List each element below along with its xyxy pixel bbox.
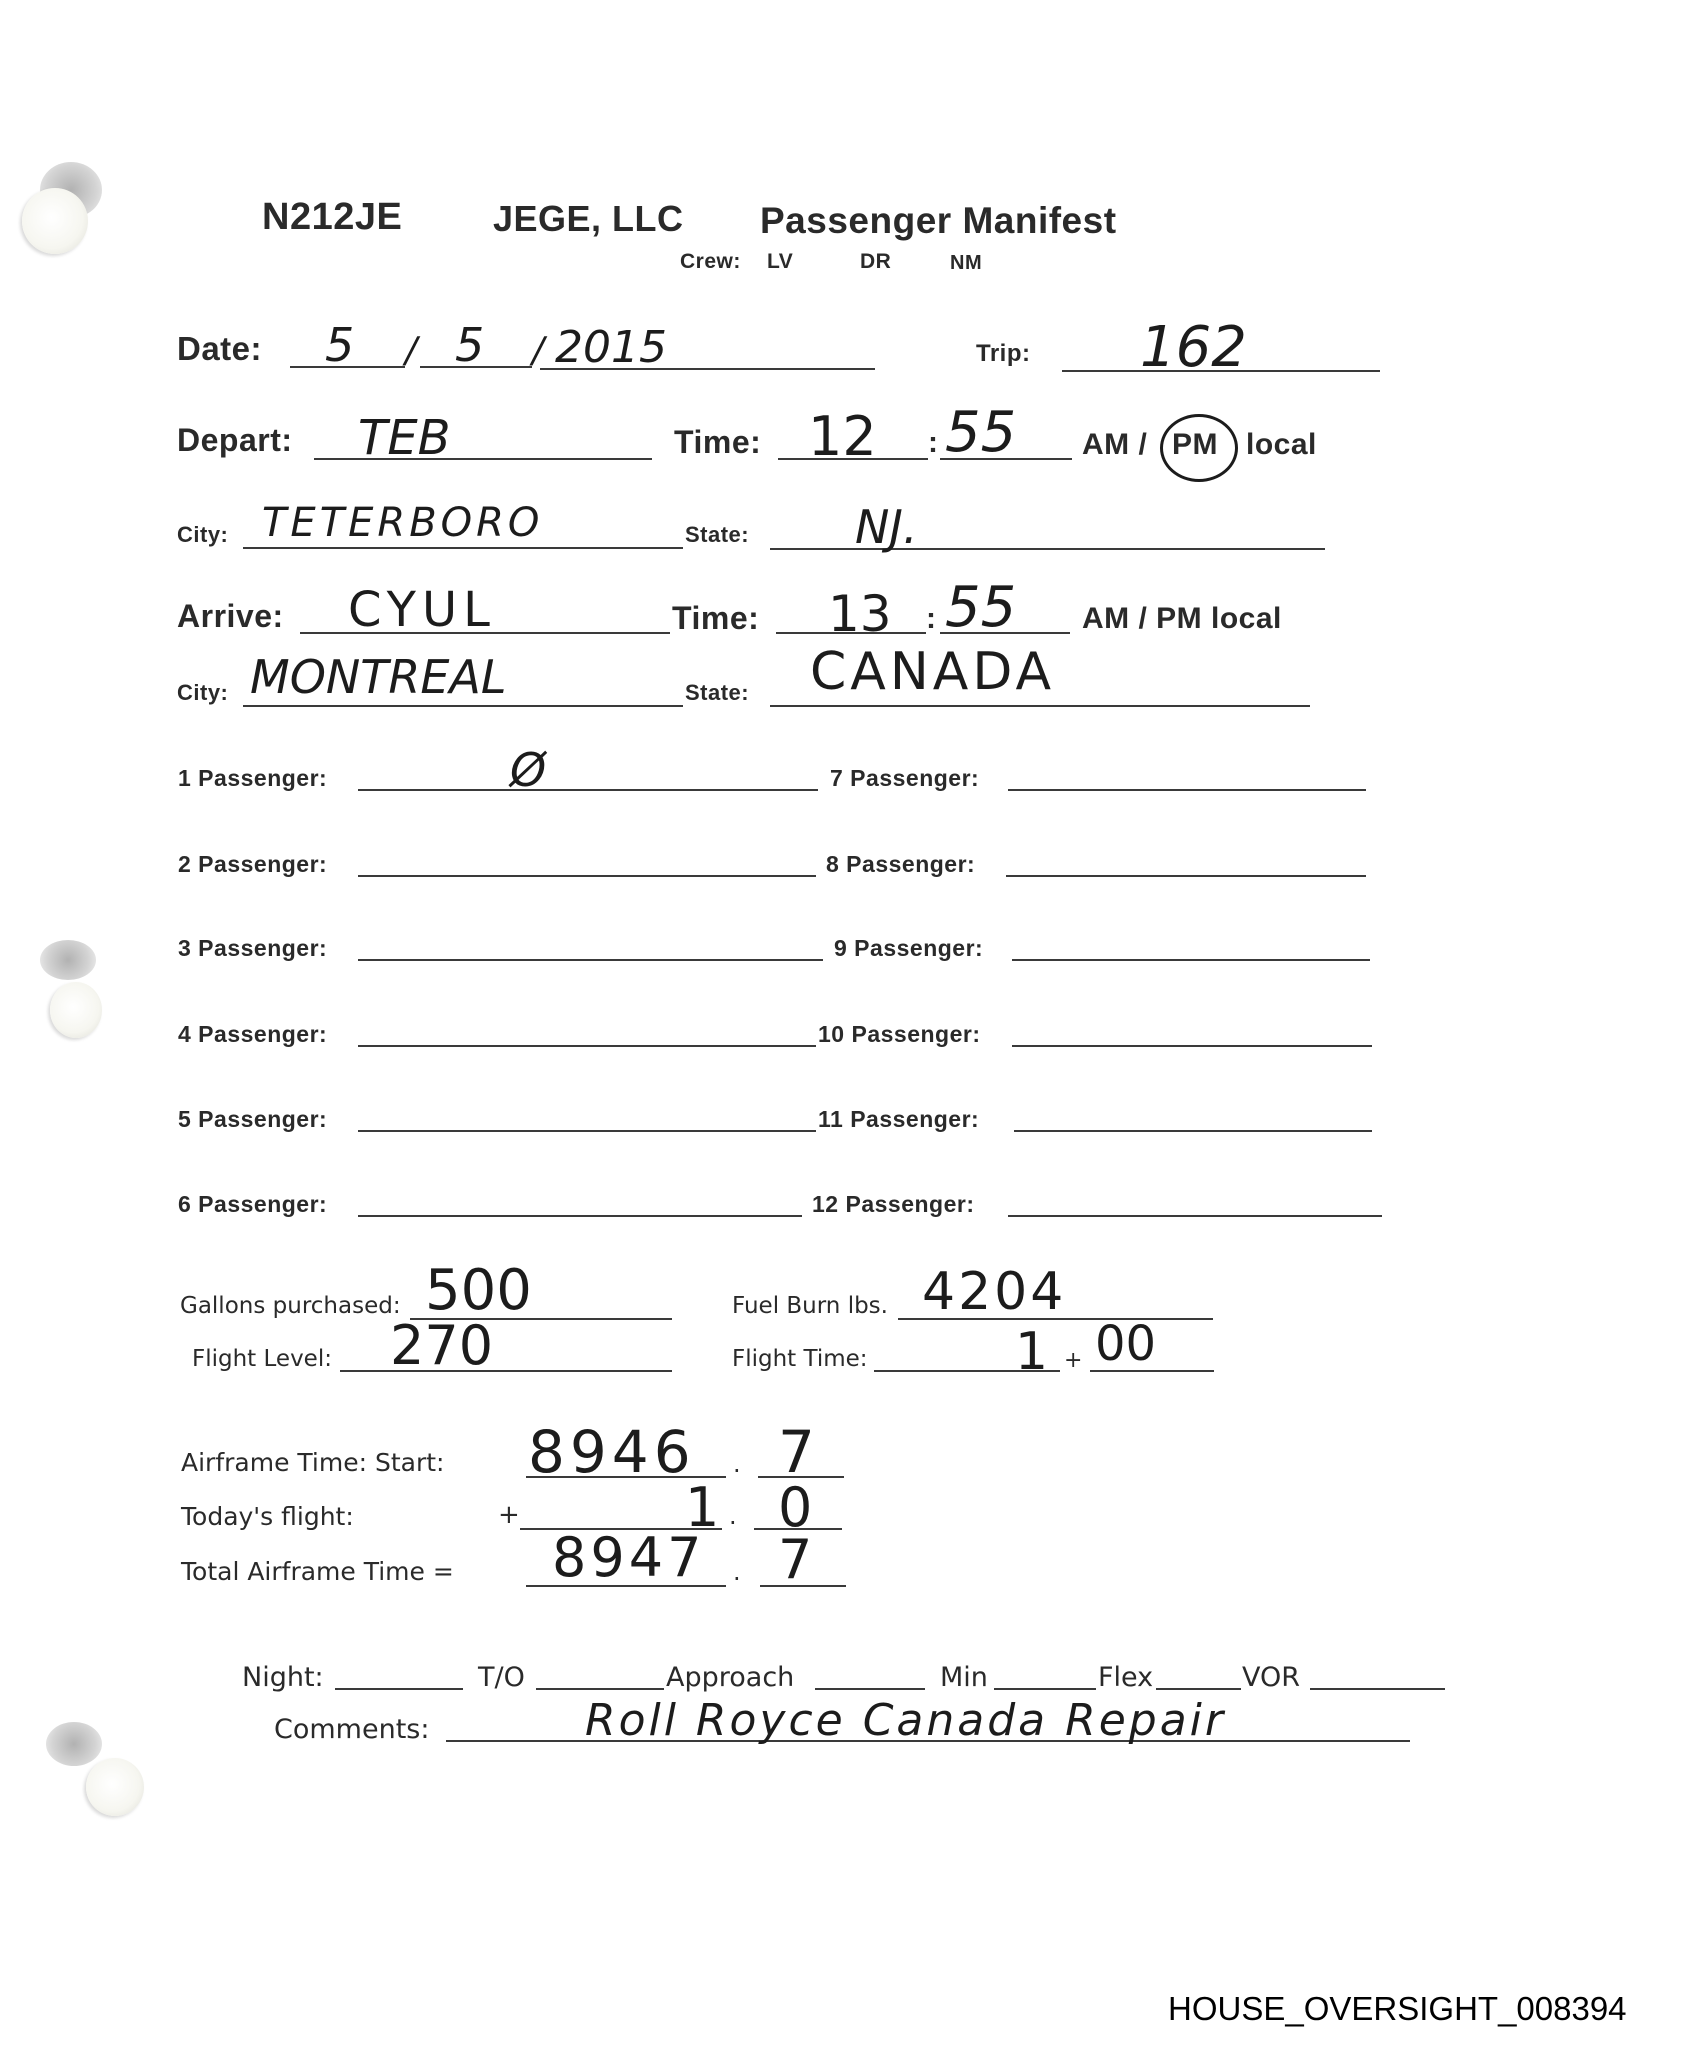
arrive-city-line <box>243 705 683 707</box>
to-label: T/O <box>478 1662 525 1693</box>
depart-time-colon: : <box>928 426 939 460</box>
date-year-field[interactable]: 2015 <box>555 322 667 373</box>
flex-line <box>1156 1688 1241 1690</box>
passenger-4-line <box>358 1045 816 1047</box>
flight-time-minutes-field[interactable]: 00 <box>1095 1316 1156 1372</box>
passenger-4-label: 4 Passenger: <box>178 1021 327 1048</box>
passenger-10-line <box>1012 1045 1372 1047</box>
flex-label: Flex <box>1098 1662 1153 1693</box>
crew-label: Crew: <box>680 250 741 274</box>
passenger-8-line <box>1006 875 1366 877</box>
company-name: JEGE, LLC <box>493 198 684 240</box>
date-separator-1: / <box>405 330 417 371</box>
depart-state-line <box>770 548 1325 550</box>
date-separator-2: / <box>532 330 544 371</box>
passenger-2-label: 2 Passenger: <box>178 851 327 878</box>
fuel-burn-label: Fuel Burn lbs. <box>732 1293 888 1319</box>
hole-punch-bottom <box>86 1758 144 1816</box>
crew-member-1: LV <box>767 250 793 274</box>
passenger-3-line <box>358 959 823 961</box>
fuel-burn-field[interactable]: 4204 <box>922 1262 1066 1322</box>
depart-local-label: local <box>1246 428 1317 462</box>
flight-time-hours-field[interactable]: 1 <box>1015 1322 1048 1382</box>
arrive-minute-field[interactable]: 55 <box>945 575 1016 640</box>
hole-punch-shadow-bottom <box>46 1722 102 1766</box>
vor-label: VOR <box>1242 1662 1300 1693</box>
airframe-start-label: Airframe Time: Start: <box>181 1448 444 1477</box>
passenger-8-label: 8 Passenger: <box>826 851 975 878</box>
airframe-start-dot: . <box>733 1450 741 1478</box>
arrive-city-field[interactable]: MONTREAL <box>250 650 507 704</box>
night-label: Night: <box>242 1662 324 1693</box>
gallons-label: Gallons purchased: <box>180 1293 401 1319</box>
today-flight-label: Today's flight: <box>181 1502 354 1531</box>
comments-label: Comments: <box>274 1714 429 1745</box>
crew-member-3: NM <box>950 252 982 275</box>
today-flight-plus: + <box>498 1500 520 1530</box>
passenger-6-label: 6 Passenger: <box>178 1191 327 1218</box>
total-dot: . <box>733 1558 741 1586</box>
night-line <box>335 1688 463 1690</box>
arrive-city-label: City: <box>177 680 228 706</box>
tail-number: N212JE <box>262 196 402 239</box>
arrive-hour-field[interactable]: 13 <box>828 585 892 643</box>
depart-state-label: State: <box>685 522 749 548</box>
arrive-state-line <box>770 705 1310 707</box>
depart-state-field[interactable]: NJ. <box>855 500 918 554</box>
flight-time-separator: + <box>1064 1348 1082 1373</box>
passenger-10-label: 10 Passenger: <box>818 1021 980 1048</box>
passenger-11-label: 11 Passenger: <box>818 1106 979 1133</box>
passenger-5-label: 5 Passenger: <box>178 1106 327 1133</box>
passenger-6-line <box>358 1215 802 1217</box>
depart-minute-field[interactable]: 55 <box>945 400 1016 465</box>
arrive-state-label: State: <box>685 680 749 706</box>
depart-city-field[interactable]: TETERBORO <box>262 500 543 546</box>
trip-field[interactable]: 162 <box>1140 315 1247 380</box>
min-line <box>994 1688 1096 1690</box>
arrive-time-colon: : <box>926 602 937 636</box>
vor-line <box>1310 1688 1445 1690</box>
hole-punch-top <box>22 188 88 254</box>
passenger-7-line <box>1008 789 1366 791</box>
arrive-state-field[interactable]: CANADA <box>810 642 1055 702</box>
passenger-2-line <box>358 875 816 877</box>
approach-line <box>815 1688 925 1690</box>
passenger-12-line <box>1008 1215 1382 1217</box>
passenger-3-label: 3 Passenger: <box>178 935 327 962</box>
depart-time-label: Time: <box>674 424 761 461</box>
crew-member-2: DR <box>860 250 891 274</box>
flight-level-field[interactable]: 270 <box>390 1314 493 1377</box>
depart-hour-field[interactable]: 12 <box>808 405 877 468</box>
trip-label: Trip: <box>976 340 1031 368</box>
passenger-11-line <box>1014 1130 1372 1132</box>
passenger-9-line <box>1012 959 1370 961</box>
passenger-1-label: 1 Passenger: <box>178 765 327 792</box>
min-label: Min <box>940 1662 988 1693</box>
date-label: Date: <box>177 330 262 368</box>
total-airframe-label: Total Airframe Time = <box>181 1557 454 1586</box>
hole-punch-shadow-mid <box>40 940 96 980</box>
depart-field[interactable]: TEB <box>358 410 451 466</box>
page-title: Passenger Manifest <box>760 200 1117 242</box>
passenger-9-label: 9 Passenger: <box>834 935 983 962</box>
depart-label: Depart: <box>177 422 293 459</box>
approach-label: Approach <box>666 1662 794 1693</box>
total-tenth-field[interactable]: 7 <box>778 1528 812 1591</box>
airframe-start-whole-field[interactable]: 8946 <box>528 1418 696 1486</box>
arrive-label: Arrive: <box>177 598 284 635</box>
total-whole-field[interactable]: 8947 <box>552 1526 705 1589</box>
passenger-5-line <box>358 1130 816 1132</box>
passenger-12-label: 12 Passenger: <box>812 1191 974 1218</box>
arrive-field[interactable]: CYUL <box>348 582 496 638</box>
passenger-7-label: 7 Passenger: <box>830 765 979 792</box>
flight-time-label: Flight Time: <box>732 1346 868 1372</box>
hole-punch-middle <box>50 982 102 1038</box>
arrive-time-label: Time: <box>672 600 759 637</box>
today-dot: . <box>729 1502 737 1530</box>
passenger-1-line <box>358 789 818 791</box>
pm-selected-circle <box>1160 414 1238 482</box>
depart-am-option[interactable]: AM / <box>1082 428 1147 462</box>
date-month-field[interactable]: 5 <box>325 318 354 372</box>
arrive-ampm-label: AM / PM local <box>1082 602 1282 636</box>
to-line <box>536 1688 664 1690</box>
passenger-1-field[interactable]: Ø <box>510 743 546 797</box>
comments-field[interactable]: Roll Royce Canada Repair <box>585 1695 1226 1746</box>
bates-number: HOUSE_OVERSIGHT_008394 <box>1168 1990 1627 2028</box>
flight-level-label: Flight Level: <box>192 1346 332 1372</box>
date-day-field[interactable]: 5 <box>455 318 484 372</box>
depart-city-line <box>243 547 683 549</box>
depart-city-label: City: <box>177 522 228 548</box>
